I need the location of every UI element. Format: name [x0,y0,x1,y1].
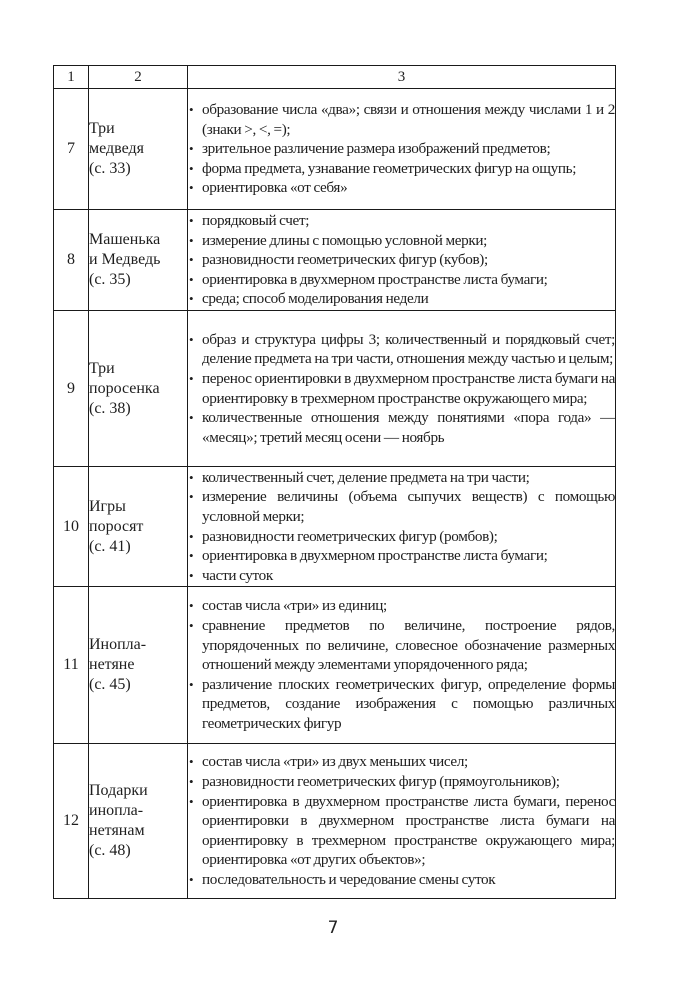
topic-list: состав числа «три» из двух меньших чисел… [188,752,615,889]
lesson-title-line: Три [89,359,187,379]
topic-item: порядковый счет; [188,211,615,231]
topic-list: образование числа «два»; связи и отношен… [188,100,615,198]
lesson-title-line: нетяне [89,655,187,675]
lesson-title-line: (с. 33) [89,159,187,179]
header-col-1: 1 [54,66,89,89]
topic-item: ориентировка в двухмерном пространстве л… [188,792,615,870]
header-col-3: 3 [188,66,616,89]
lesson-title: Игрыпоросят(с. 41) [89,467,188,587]
table-row: 12Подаркиинопла-нетянам(с. 48)состав чис… [54,744,616,899]
table-row: 8Машенькаи Медведь(с. 35)порядковый счет… [54,210,616,311]
topic-list: образ и структура цифры 3; количественны… [188,330,615,448]
topic-item: количественные отношения между понятиями… [188,408,615,447]
lesson-title: Подаркиинопла-нетянам(с. 48) [89,744,188,899]
page-number: 7 [0,918,666,938]
topic-item: зрительное различение размера изображени… [188,139,615,159]
lesson-topics: образ и структура цифры 3; количественны… [188,311,616,467]
lesson-number: 9 [54,311,89,467]
topic-item: части суток [188,566,615,586]
header-col-2: 2 [89,66,188,89]
document-page: 1 2 3 7Тримедведя(с. 33)образование числ… [0,0,700,1000]
topic-list: количественный счет, деление предмета на… [188,468,615,586]
table-header-row: 1 2 3 [54,66,616,89]
lesson-title-line: (с. 48) [89,841,187,861]
table-row: 7Тримедведя(с. 33)образование числа «два… [54,89,616,210]
lesson-number: 8 [54,210,89,311]
lesson-title-line: (с. 41) [89,537,187,557]
lesson-title-line: медведя [89,139,187,159]
table-body: 7Тримедведя(с. 33)образование числа «два… [54,89,616,899]
topic-item: образование числа «два»; связи и отношен… [188,100,615,139]
lesson-plan-table: 1 2 3 7Тримедведя(с. 33)образование числ… [53,65,616,899]
topic-item: измерение величины (объема сыпучих вещес… [188,487,615,526]
lesson-number: 7 [54,89,89,210]
lesson-title-line: Машенька [89,230,187,250]
table-row: 11Инопла-нетяне(с. 45)состав числа «три»… [54,587,616,744]
lesson-title-line: Игры [89,497,187,517]
topic-item: измерение длины с помощью условной мерки… [188,231,615,251]
lesson-topics: количественный счет, деление предмета на… [188,467,616,587]
topic-item: среда; способ моделирования недели [188,289,615,309]
lesson-title: Инопла-нетяне(с. 45) [89,587,188,744]
lesson-topics: порядковый счет;измерение длины с помощь… [188,210,616,311]
topic-item: ориентировка «от себя» [188,178,615,198]
lesson-title-line: поросят [89,517,187,537]
topic-item: образ и структура цифры 3; количественны… [188,330,615,369]
lesson-title-line: (с. 45) [89,675,187,695]
topic-item: разновидности геометрических фигур (ромб… [188,527,615,547]
topic-item: последовательность и чередование смены с… [188,870,615,890]
lesson-title: Машенькаи Медведь(с. 35) [89,210,188,311]
lesson-title-line: (с. 38) [89,399,187,419]
topic-item: состав числа «три» из единиц; [188,596,615,616]
topic-item: ориентировка в двухмерном пространстве л… [188,270,615,290]
lesson-topics: состав числа «три» из двух меньших чисел… [188,744,616,899]
lesson-title-line: Подарки [89,781,187,801]
topic-item: состав числа «три» из двух меньших чисел… [188,752,615,772]
lesson-topics: состав числа «три» из единиц;сравнение п… [188,587,616,744]
topic-item: сравнение предметов по величине, построе… [188,616,615,675]
topic-list: состав числа «три» из единиц;сравнение п… [188,596,615,733]
lesson-title-line: поросенка [89,379,187,399]
lesson-title-line: Три [89,119,187,139]
topic-item: различение плоских геометрических фигур,… [188,675,615,734]
lesson-number: 12 [54,744,89,899]
table-row: 9Трипоросенка(с. 38)образ и структура ци… [54,311,616,467]
lesson-title-line: (с. 35) [89,270,187,290]
lesson-title-line: и Медведь [89,250,187,270]
lesson-topics: образование числа «два»; связи и отношен… [188,89,616,210]
topic-item: форма предмета, узнавание геометрических… [188,159,615,179]
topic-item: ориентировка в двухмерном пространстве л… [188,546,615,566]
table-row: 10Игрыпоросят(с. 41)количественный счет,… [54,467,616,587]
topic-item: разновидности геометрических фигур (прям… [188,772,615,792]
topic-item: количественный счет, деление предмета на… [188,468,615,488]
topic-item: разновидности геометрических фигур (кубо… [188,250,615,270]
lesson-number: 10 [54,467,89,587]
topic-item: перенос ориентировки в двухмерном простр… [188,369,615,408]
lesson-title-line: нетянам [89,821,187,841]
lesson-number: 11 [54,587,89,744]
lesson-title-line: инопла- [89,801,187,821]
lesson-title: Тримедведя(с. 33) [89,89,188,210]
topic-list: порядковый счет;измерение длины с помощь… [188,211,615,309]
lesson-title-line: Инопла- [89,635,187,655]
lesson-title: Трипоросенка(с. 38) [89,311,188,467]
